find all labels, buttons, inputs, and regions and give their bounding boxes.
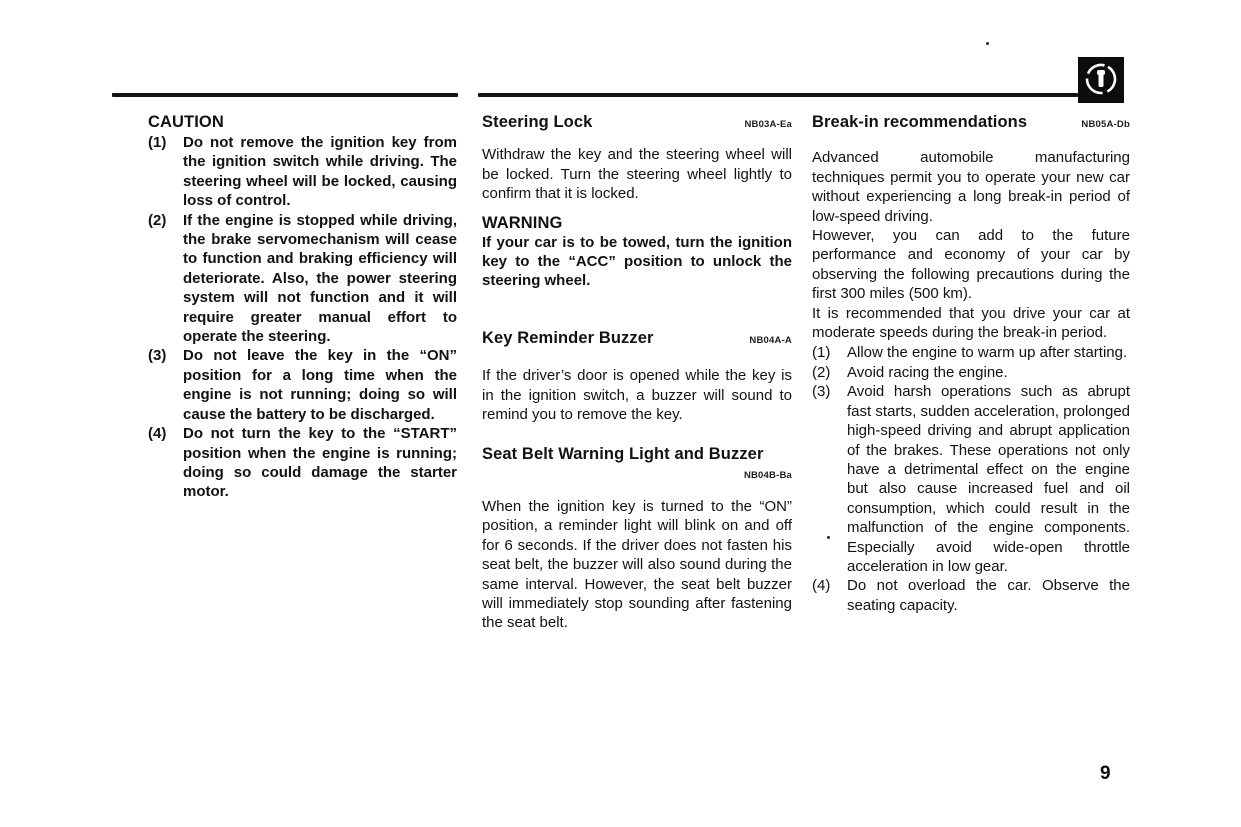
- ignition-key-icon-glyph: [1078, 57, 1124, 103]
- list-item-text: If the engine is stopped while driving, …: [183, 211, 457, 347]
- list-item: (3) Avoid harsh operations such as abrup…: [812, 382, 1130, 576]
- section-heading-row: Key Reminder Buzzer NB04A-A: [482, 328, 792, 350]
- manual-page: CAUTION (1) Do not remove the ignition k…: [0, 0, 1241, 827]
- warning-heading: WARNING: [482, 213, 792, 233]
- section-body: Withdraw the key and the steering wheel …: [482, 145, 792, 203]
- list-item: (2) If the engine is stopped while drivi…: [148, 211, 457, 347]
- paragraph: However, you can add to the future perfo…: [812, 226, 1130, 304]
- section-heading-row: Seat Belt Warning Light and Buzzer NB04B…: [482, 444, 792, 485]
- list-item-number: (1): [148, 133, 183, 211]
- list-item-number: (2): [812, 363, 847, 382]
- list-item-text: Allow the engine to warm up after starti…: [847, 343, 1130, 362]
- section-code: NB03A-Ea: [744, 115, 792, 134]
- section-code: NB04B-Ba: [482, 466, 792, 485]
- section-code: NB05A-Db: [1081, 115, 1130, 134]
- section-title: Seat Belt Warning Light and Buzzer: [482, 444, 792, 464]
- warning-body: If your car is to be towed, turn the ign…: [482, 233, 792, 291]
- section-title: Break-in recommendations: [812, 112, 1027, 132]
- middle-column: Steering Lock NB03A-Ea Withdraw the key …: [482, 112, 792, 633]
- list-item: (4) Do not overload the car. Observe the…: [812, 576, 1130, 615]
- list-item: (3) Do not leave the key in the “ON” pos…: [148, 346, 457, 424]
- list-item: (1) Do not remove the ignition key from …: [148, 133, 457, 211]
- paragraph: It is recommended that you drive your ca…: [812, 304, 1130, 343]
- section-title: Key Reminder Buzzer: [482, 328, 654, 348]
- caution-list: (1) Do not remove the ignition key from …: [148, 133, 457, 502]
- break-in-list: (1) Allow the engine to warm up after st…: [812, 343, 1130, 615]
- warning-block: WARNING If your car is to be towed, turn…: [482, 213, 792, 291]
- list-item-number: (4): [148, 424, 183, 502]
- list-item-number: (3): [812, 382, 847, 576]
- section-heading-row: Steering Lock NB03A-Ea: [482, 112, 792, 134]
- list-item-text: Avoid harsh operations such as abrupt fa…: [847, 382, 1130, 576]
- page-number: 9: [1100, 763, 1111, 785]
- list-item-text: Do not leave the key in the “ON” positio…: [183, 346, 457, 424]
- list-item: (4) Do not turn the key to the “START” p…: [148, 424, 457, 502]
- list-item-number: (2): [148, 211, 183, 347]
- section-body: If the driver’s door is opened while the…: [482, 366, 792, 424]
- list-item: (1) Allow the engine to warm up after st…: [812, 343, 1130, 362]
- ignition-key-icon: [1078, 57, 1124, 103]
- list-item-text: Do not remove the ignition key from the …: [183, 133, 457, 211]
- list-item: (2) Avoid racing the engine.: [812, 363, 1130, 382]
- break-in-column: Break-in recommendations NB05A-Db Advanc…: [812, 112, 1130, 615]
- scan-artifact-dot: [986, 42, 989, 45]
- section-code: NB04A-A: [749, 331, 792, 350]
- header-rule-right: [478, 93, 1078, 97]
- list-item-text: Do not overload the car. Observe the sea…: [847, 576, 1130, 615]
- header-rule-left: [112, 93, 458, 97]
- list-item-number: (1): [812, 343, 847, 362]
- caution-heading: CAUTION: [148, 112, 457, 132]
- paragraph: Advanced automobile manufacturing techni…: [812, 148, 1130, 226]
- list-item-number: (3): [148, 346, 183, 424]
- section-heading-row: Break-in recommendations NB05A-Db: [812, 112, 1130, 134]
- section-body: When the ignition key is turned to the “…: [482, 497, 792, 633]
- caution-column: CAUTION (1) Do not remove the ignition k…: [148, 112, 457, 502]
- list-item-text: Avoid racing the engine.: [847, 363, 1130, 382]
- list-item-number: (4): [812, 576, 847, 615]
- section-title: Steering Lock: [482, 112, 592, 132]
- list-item-text: Do not turn the key to the “START” posit…: [183, 424, 457, 502]
